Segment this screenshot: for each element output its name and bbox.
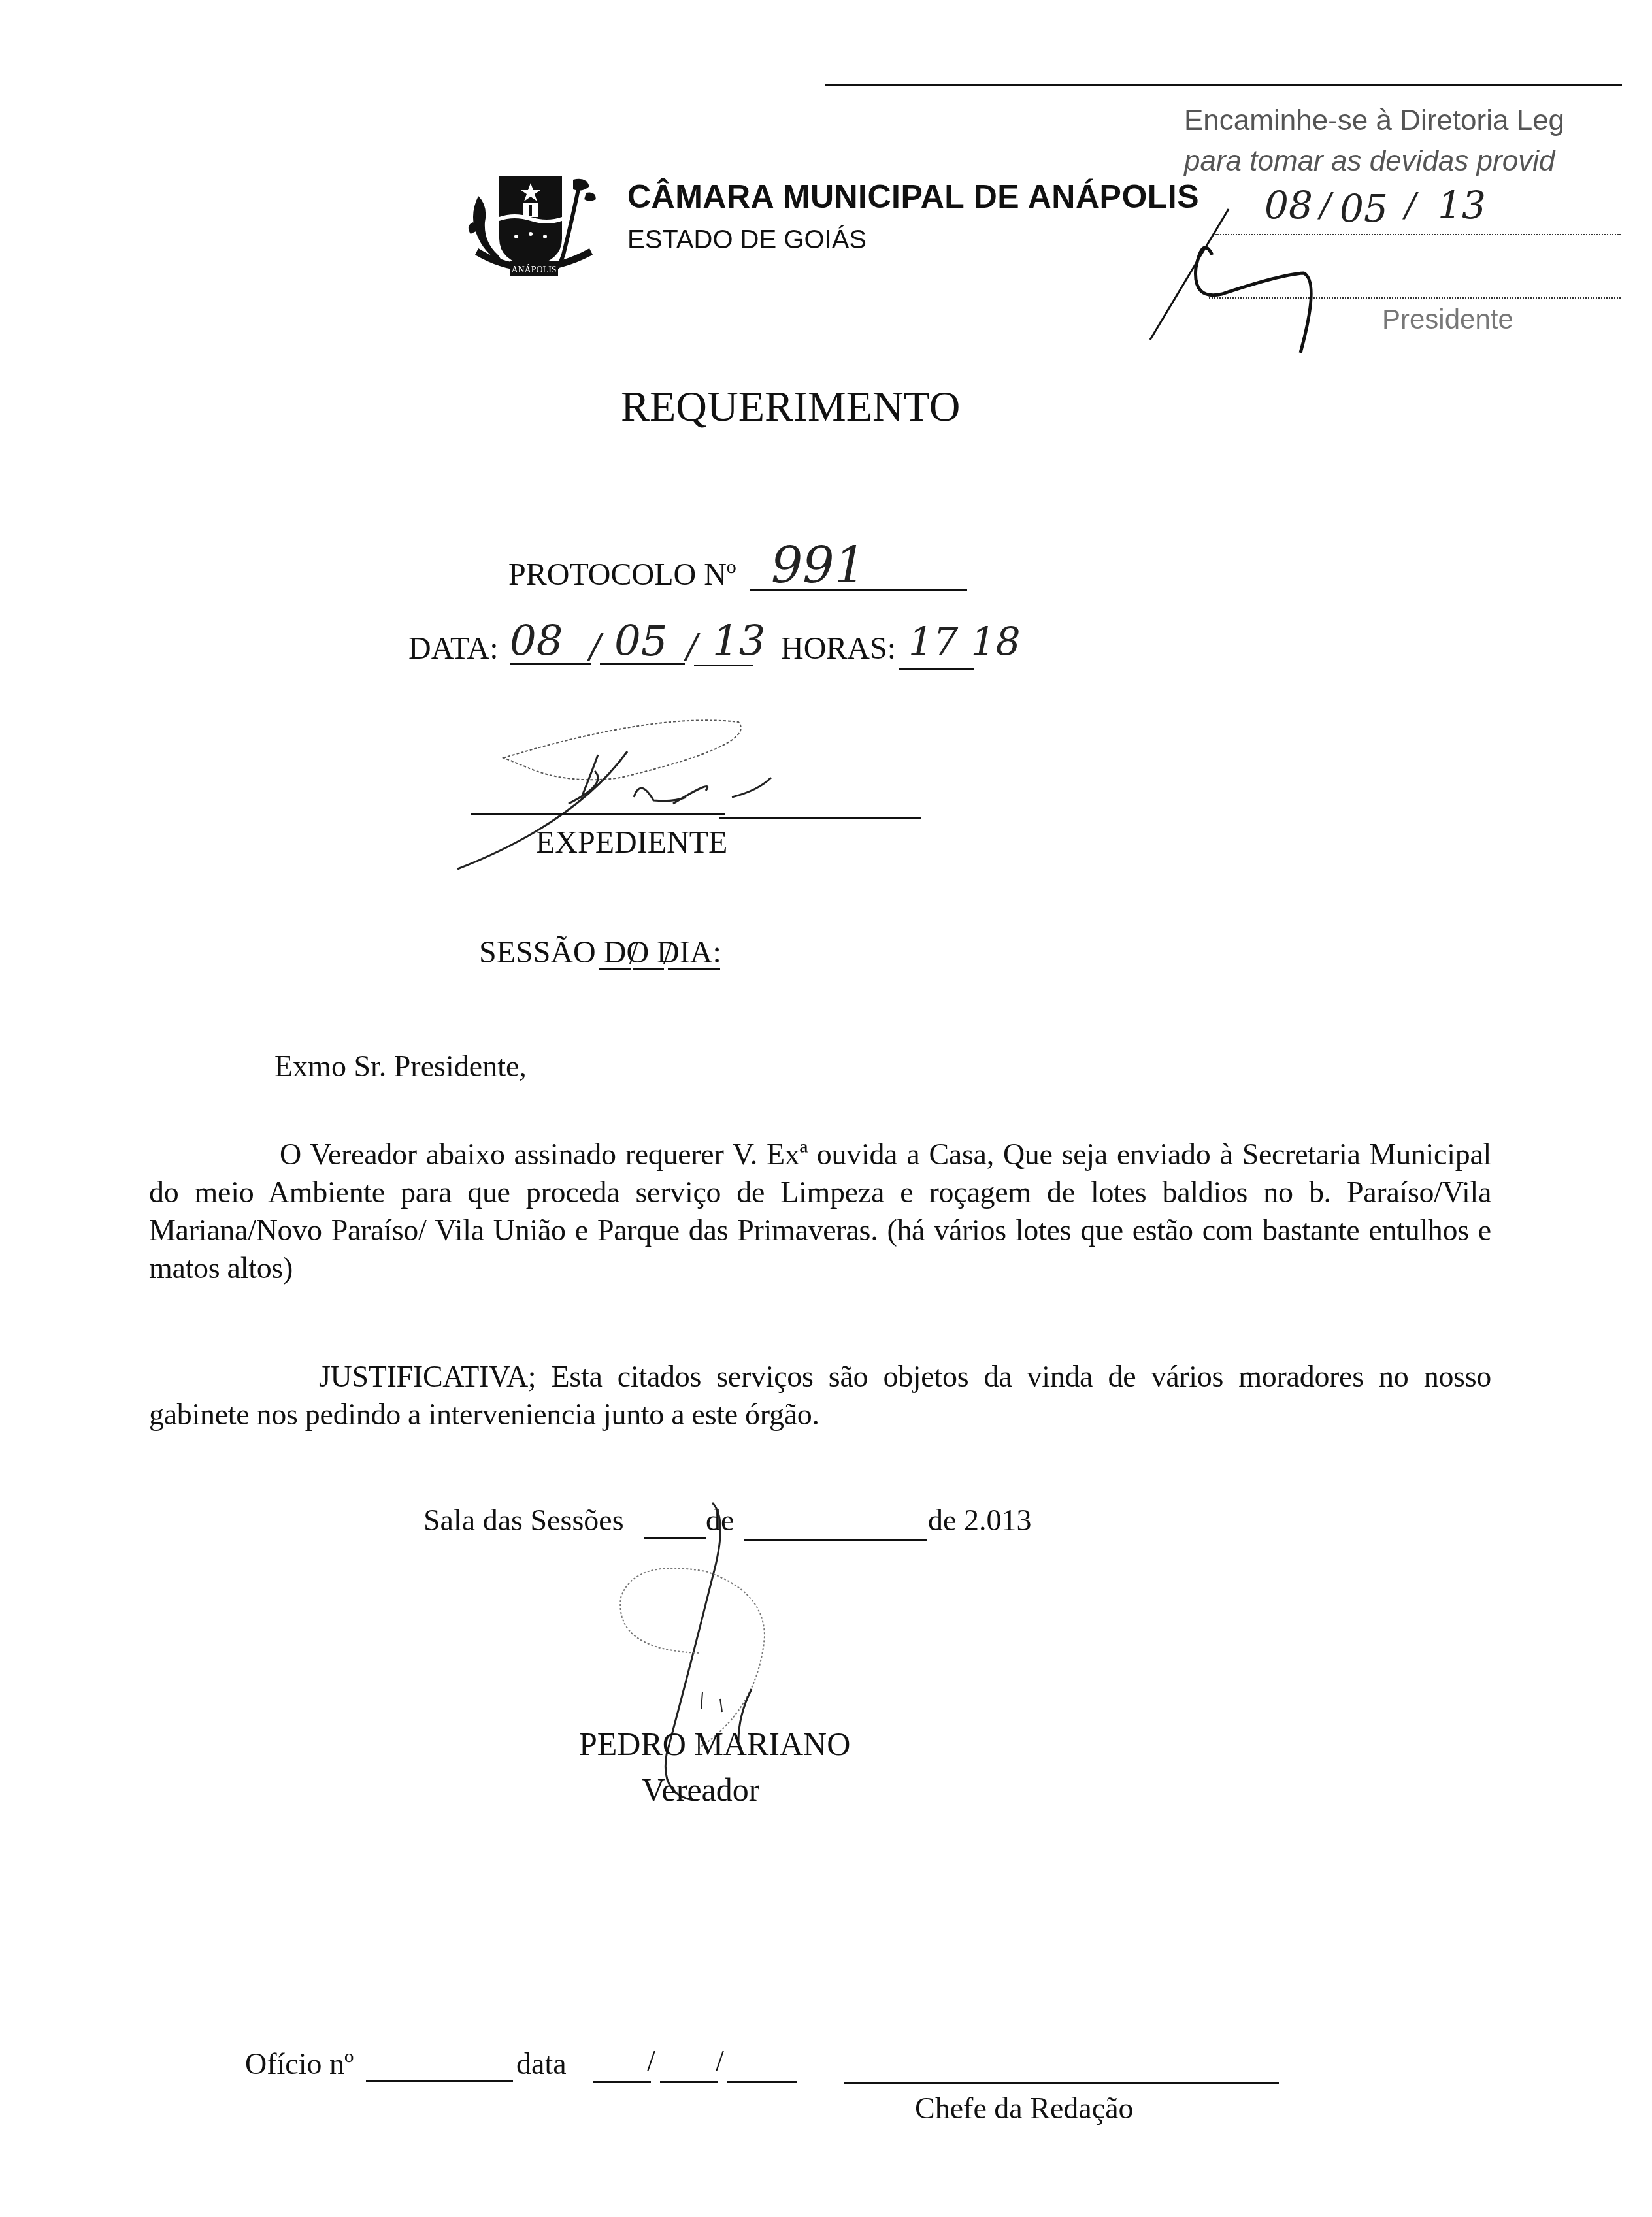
president-signature [1150,196,1425,366]
oficio-number-field[interactable] [366,2080,513,2082]
date-sep: / [686,627,698,666]
session-year-field[interactable] [668,968,720,970]
signer-role: Vereador [642,1771,759,1809]
session-sep: / [629,936,638,972]
hours-label: HORAS: [781,631,896,666]
oficio-sep: / [716,2044,724,2078]
document-title: REQUERIMENTO [621,382,960,432]
date-day-rule [510,663,591,665]
date-sep: / [589,627,601,666]
date-year: 13 [712,617,765,666]
chefe-signature-rule [844,2082,1279,2084]
session-day-field[interactable] [599,968,631,970]
date-month: 05 [614,617,667,666]
oficio-label: Ofício nº [245,2046,354,2081]
expediente-rule [471,813,725,815]
stamp-line-2: para tomar as devidas provid [1184,145,1555,178]
expediente-signature [457,719,1046,889]
oficio-day-field[interactable] [593,2081,651,2083]
salutation: Exmo Sr. Presidente, [274,1049,527,1083]
expediente-rule [719,817,921,819]
coat-of-arms-icon: ANÁPOLIS [465,157,603,287]
session-month-field[interactable] [633,968,664,970]
stamp-line-1: Encaminhe-se à Diretoria Leg [1184,105,1564,137]
svg-text:ANÁPOLIS: ANÁPOLIS [511,264,556,275]
protocol-label: PROTOCOLO Nº [508,557,736,593]
expediente-label: EXPEDIENTE [536,825,727,861]
stamp-date-year: 13 [1438,183,1486,227]
chefe-label: Chefe da Redação [915,2091,1134,2126]
oficio-month-field[interactable] [660,2081,718,2083]
date-month-rule [600,663,685,665]
state-name: ESTADO DE GOIÁS [627,225,867,255]
date-label: DATA: [408,631,498,666]
session-label: SESSÃO DO DIA: [479,934,721,970]
stamp-top-rule [825,84,1622,86]
date-year-rule [694,665,753,666]
oficio-data-label: data [516,2046,567,2081]
oficio-sep: / [647,2044,655,2078]
request-paragraph: O Vereador abaixo assinado requerer V. E… [149,1136,1491,1287]
justification-paragraph: JUSTIFICATIVA; Esta citados serviços são… [149,1358,1491,1434]
protocol-value: 991 [771,536,866,594]
protocol-rule [750,589,967,591]
institution-name: CÂMARA MUNICIPAL DE ANÁPOLIS [627,178,1199,216]
hours-value: 17 18 [908,619,1021,665]
sala-year: de 2.013 [928,1503,1031,1537]
hours-rule [899,668,974,670]
oficio-year-field[interactable] [727,2081,797,2083]
session-sep: / [663,936,672,972]
signer-name: PEDRO MARIANO [579,1725,850,1763]
date-day: 08 [510,617,563,666]
